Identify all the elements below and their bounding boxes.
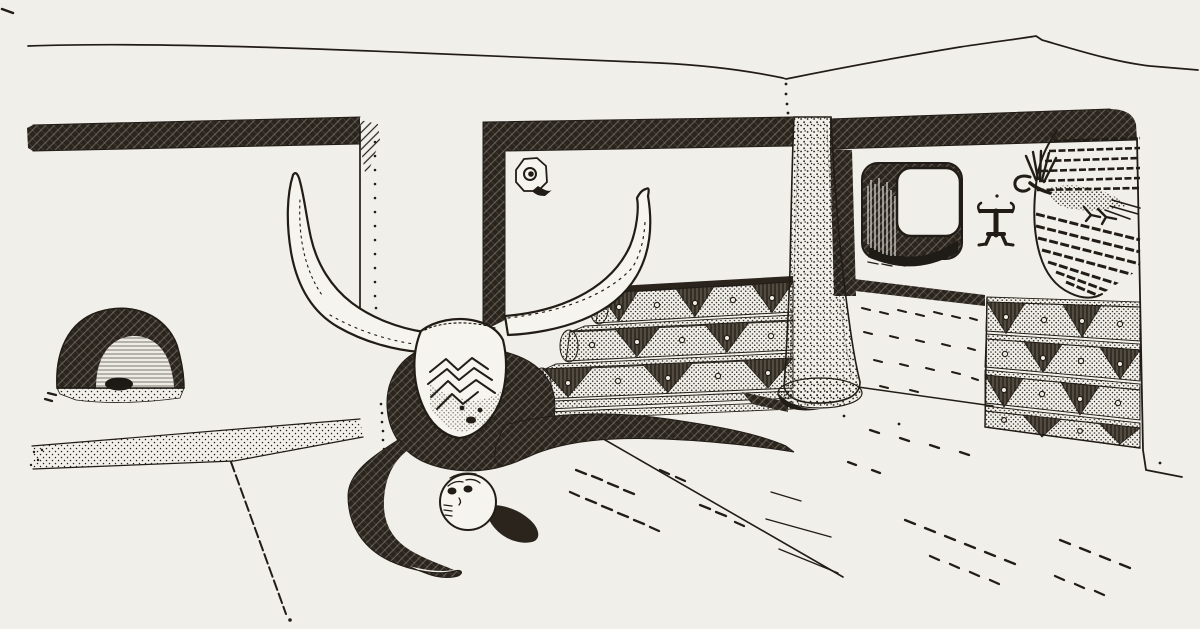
headless-figure xyxy=(978,203,1014,245)
oven-niche xyxy=(45,308,184,402)
illustration-canvas xyxy=(0,0,1200,629)
skyline xyxy=(28,36,1198,114)
line-end-dot xyxy=(288,618,292,622)
window-niche xyxy=(862,163,962,266)
floor-dashes xyxy=(570,415,1161,595)
illustration-page xyxy=(0,0,1200,629)
right-wall-cornice xyxy=(830,109,1137,149)
vulture-painting xyxy=(995,131,1140,298)
bucranium xyxy=(288,173,650,438)
kerb-band xyxy=(30,419,363,469)
human-skull xyxy=(440,473,538,543)
right-bench xyxy=(985,297,1140,448)
back-wall-frame-strip xyxy=(483,122,505,331)
left-wall-cornice xyxy=(27,117,360,151)
window-back-panel xyxy=(897,168,960,236)
vulture-head xyxy=(1015,151,1056,193)
pedestal-arm-right xyxy=(495,414,794,465)
lower-wall-speckles xyxy=(862,308,978,392)
floor-division-lines xyxy=(600,387,993,577)
animal-head-boss xyxy=(516,158,552,196)
right-wall-base-band xyxy=(838,277,985,306)
cornice-corner-hatch xyxy=(360,120,380,178)
corner-dotted-line xyxy=(374,141,386,451)
right-wall-edge xyxy=(1137,138,1182,477)
paper-speck xyxy=(2,9,13,13)
skull-mouth xyxy=(466,417,476,424)
back-wall-cornice xyxy=(483,117,793,153)
pillar-guide-dots xyxy=(785,83,790,115)
left-horn xyxy=(288,173,424,352)
platform-edge-line xyxy=(231,462,286,614)
